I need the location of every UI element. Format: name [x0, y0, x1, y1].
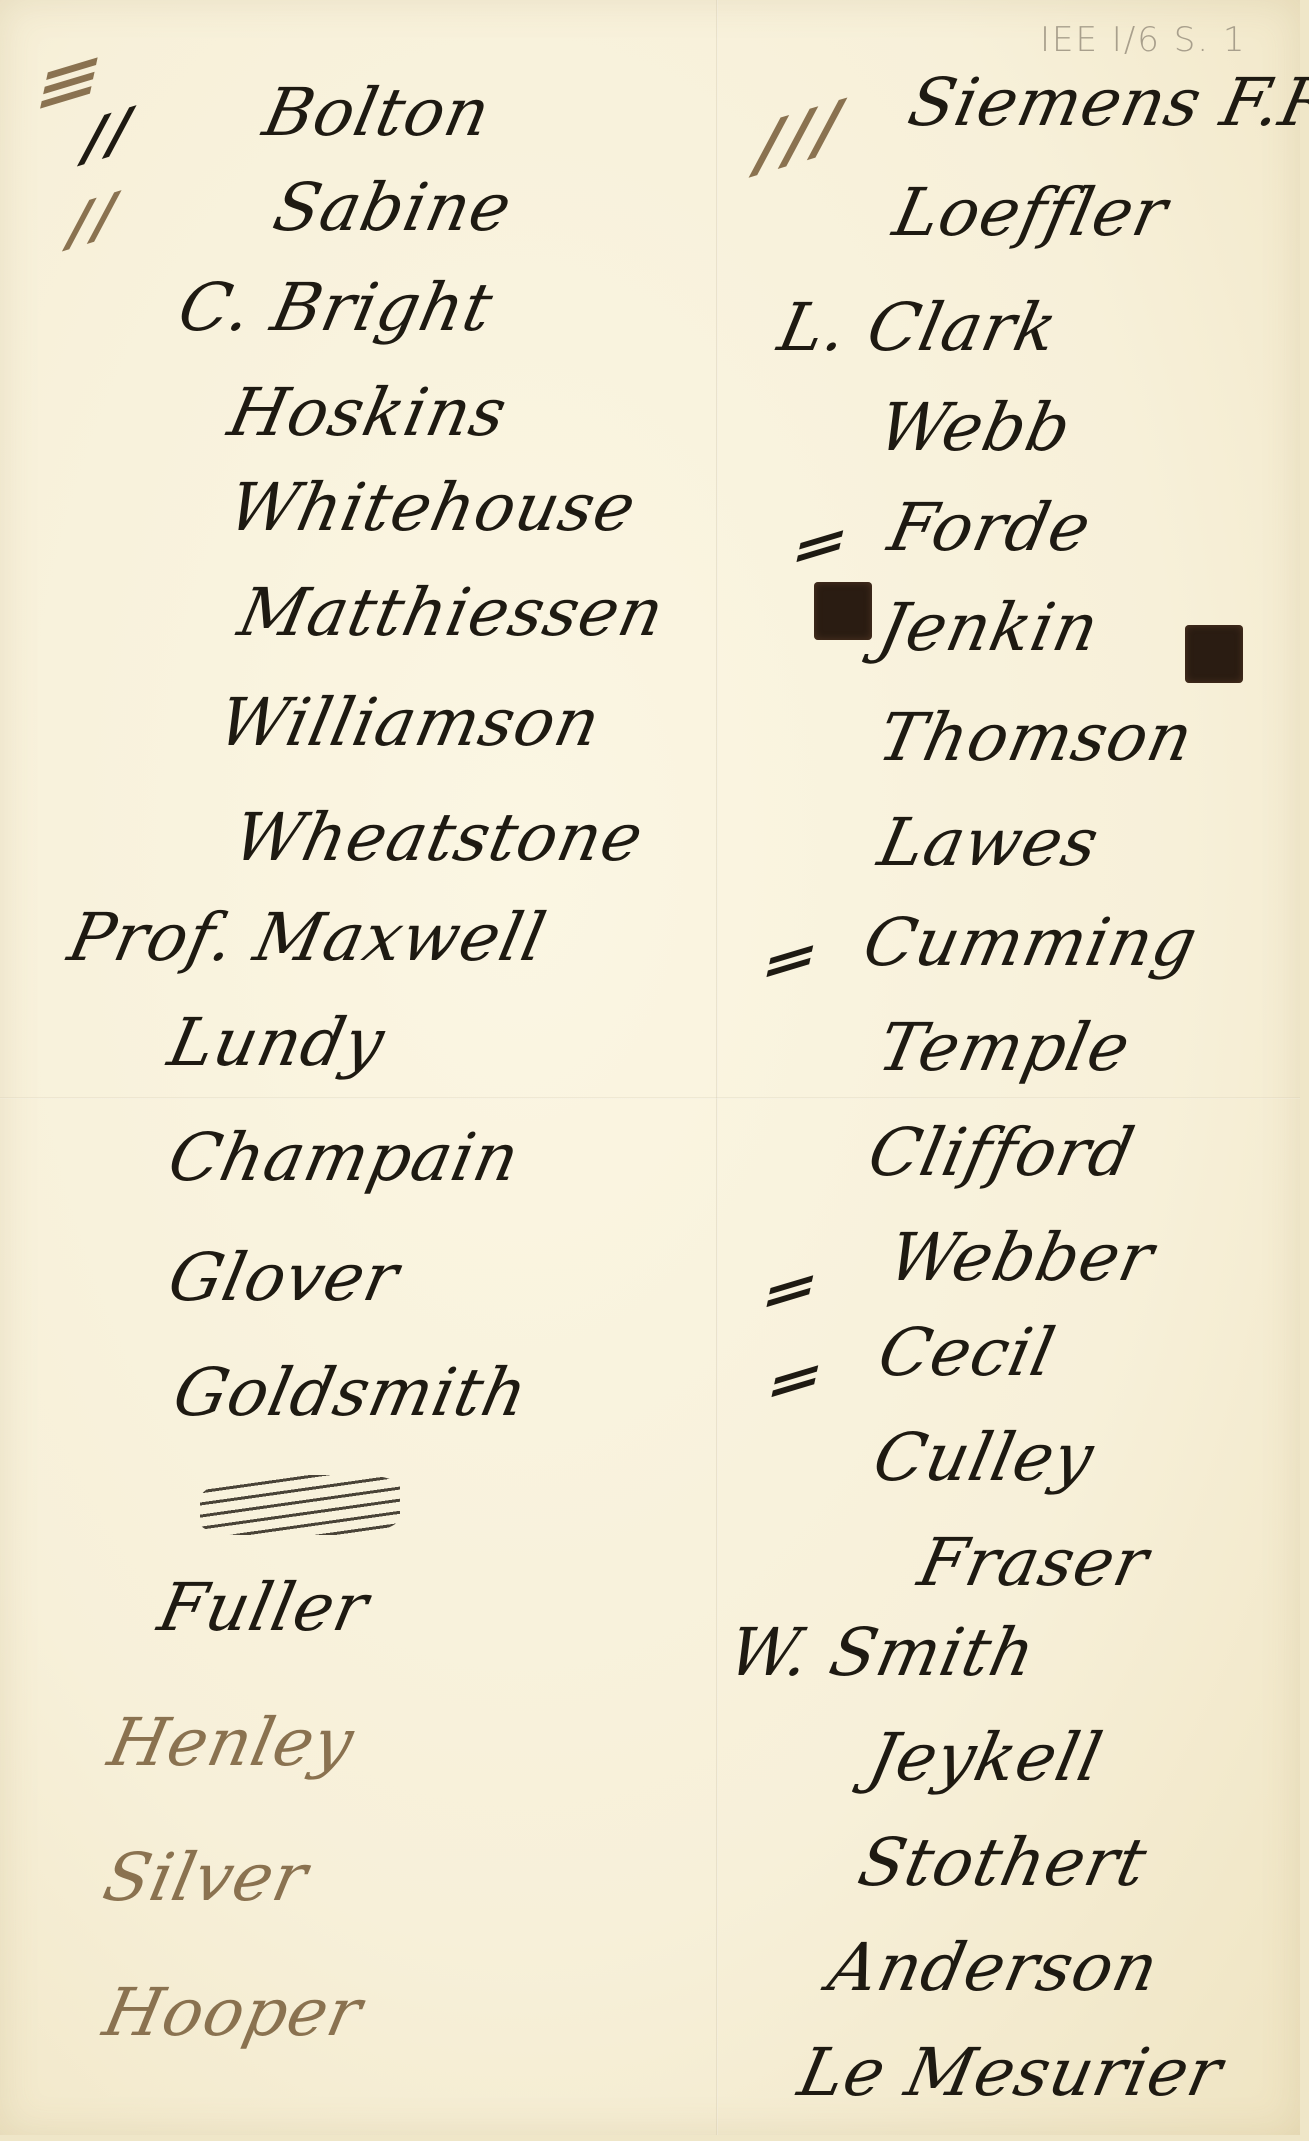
name-entry: Temple	[873, 1015, 1136, 1081]
struck-out-entry	[200, 1475, 400, 1535]
name-entry: Sabine	[268, 175, 518, 241]
name-entry: Jenkin	[873, 595, 1105, 661]
name-entry: Hoskins	[223, 380, 513, 446]
name-entry: Loeffler	[888, 180, 1173, 246]
name-entry: Siemens F.R.S.	[903, 70, 1309, 136]
name-entry: Forde	[883, 495, 1097, 561]
name-entry: Whitehouse	[223, 475, 642, 541]
name-entry: Goldsmith	[168, 1360, 533, 1426]
name-entry: Le Mesurier	[793, 2040, 1228, 2106]
double-bar-mark: =	[755, 919, 826, 1002]
ink-blot-square	[814, 582, 872, 640]
name-entry: C. Bright	[173, 275, 499, 341]
name-entry: Cecil	[873, 1320, 1061, 1386]
vertical-fold-line	[716, 0, 718, 2135]
ink-blot-square	[1185, 625, 1243, 683]
double-slash-mark: //	[60, 180, 124, 261]
name-entry: Clifford	[863, 1120, 1140, 1186]
name-entry: L. Clark	[773, 295, 1063, 361]
triple-slash-mark: ///	[747, 84, 851, 187]
name-entry: Matthiessen	[233, 580, 670, 646]
name-entry: Wheatstone	[228, 805, 649, 871]
name-entry: Silver	[98, 1845, 313, 1911]
name-entry: Hooper	[98, 1980, 368, 2046]
name-entry: Champain	[163, 1125, 525, 1191]
double-bar-mark: =	[760, 1339, 831, 1422]
name-entry: Webb	[873, 395, 1077, 461]
name-entry: Lawes	[873, 810, 1105, 876]
name-entry: Bolton	[258, 80, 496, 146]
horizontal-fold-line	[0, 1097, 1300, 1099]
name-entry: Fuller	[153, 1575, 374, 1641]
name-entry: Prof. Maxwell	[63, 905, 552, 971]
name-entry: Cumming	[858, 910, 1203, 976]
name-entry: Anderson	[823, 1935, 1164, 2001]
name-entry: W. Smith	[723, 1620, 1041, 1686]
double-bar-mark: =	[755, 1249, 826, 1332]
archive-reference: IEE I/6 S. 1	[1040, 20, 1247, 60]
name-entry: Thomson	[873, 705, 1199, 771]
double-bar-mark: =	[785, 504, 856, 587]
name-entry: Culley	[868, 1425, 1100, 1491]
name-entry: Williamson	[213, 690, 606, 756]
name-entry: Fraser	[913, 1530, 1154, 1596]
name-entry: Lundy	[163, 1010, 390, 1076]
manuscript-sheet: IEE I/6 S. 1 ≡ // // Bolton Sabine C. Br…	[0, 0, 1300, 2135]
name-entry: Stothert	[853, 1830, 1153, 1896]
name-entry: Henley	[103, 1710, 360, 1776]
name-entry: Webber	[883, 1225, 1160, 1291]
name-entry: Jeykell	[863, 1725, 1108, 1791]
name-entry: Glover	[163, 1245, 404, 1311]
